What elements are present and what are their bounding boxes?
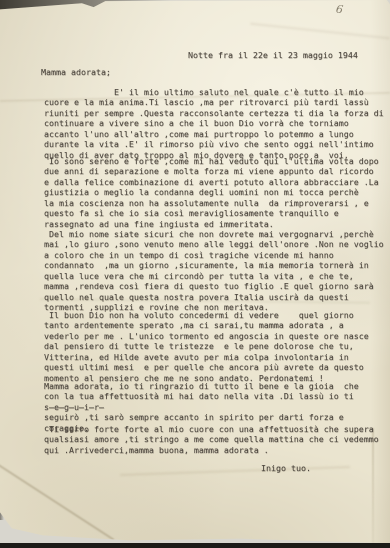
letter-signature: Inigo tuo. — [261, 463, 311, 473]
letter-paragraph-2: Io sono sereno e forte ,come mi hai vedu… — [44, 156, 390, 229]
handwritten-page-number: 6 — [335, 3, 344, 17]
letter-salutation: Mamma adorata; — [41, 67, 111, 77]
letter-paper: 6 Notte fra il 22e il 23 maggio 1944 Mam… — [0, 0, 390, 548]
paper-crease — [0, 457, 114, 540]
letter-paragraph-4: Il buon Dio non ha voluto concedermi di … — [44, 310, 390, 383]
letter-paragraph-1: E' il mio ultimo saluto nel quale c'è tu… — [44, 87, 390, 160]
letter-paragraph-6: Ti serro forte forte al mio cuore con un… — [44, 424, 390, 455]
scanner-edge-shadow-bottom — [0, 543, 390, 548]
paper-crease — [120, 466, 350, 476]
letter-paragraph-3: Del mio nome siate sicuri che non dovret… — [44, 229, 390, 313]
paper-crease — [250, 23, 389, 40]
letter-date: Notte fra il 22e il 23 maggio 1944 — [188, 50, 358, 60]
scanned-letter-page: 6 Notte fra il 22e il 23 maggio 1944 Mam… — [0, 0, 390, 548]
